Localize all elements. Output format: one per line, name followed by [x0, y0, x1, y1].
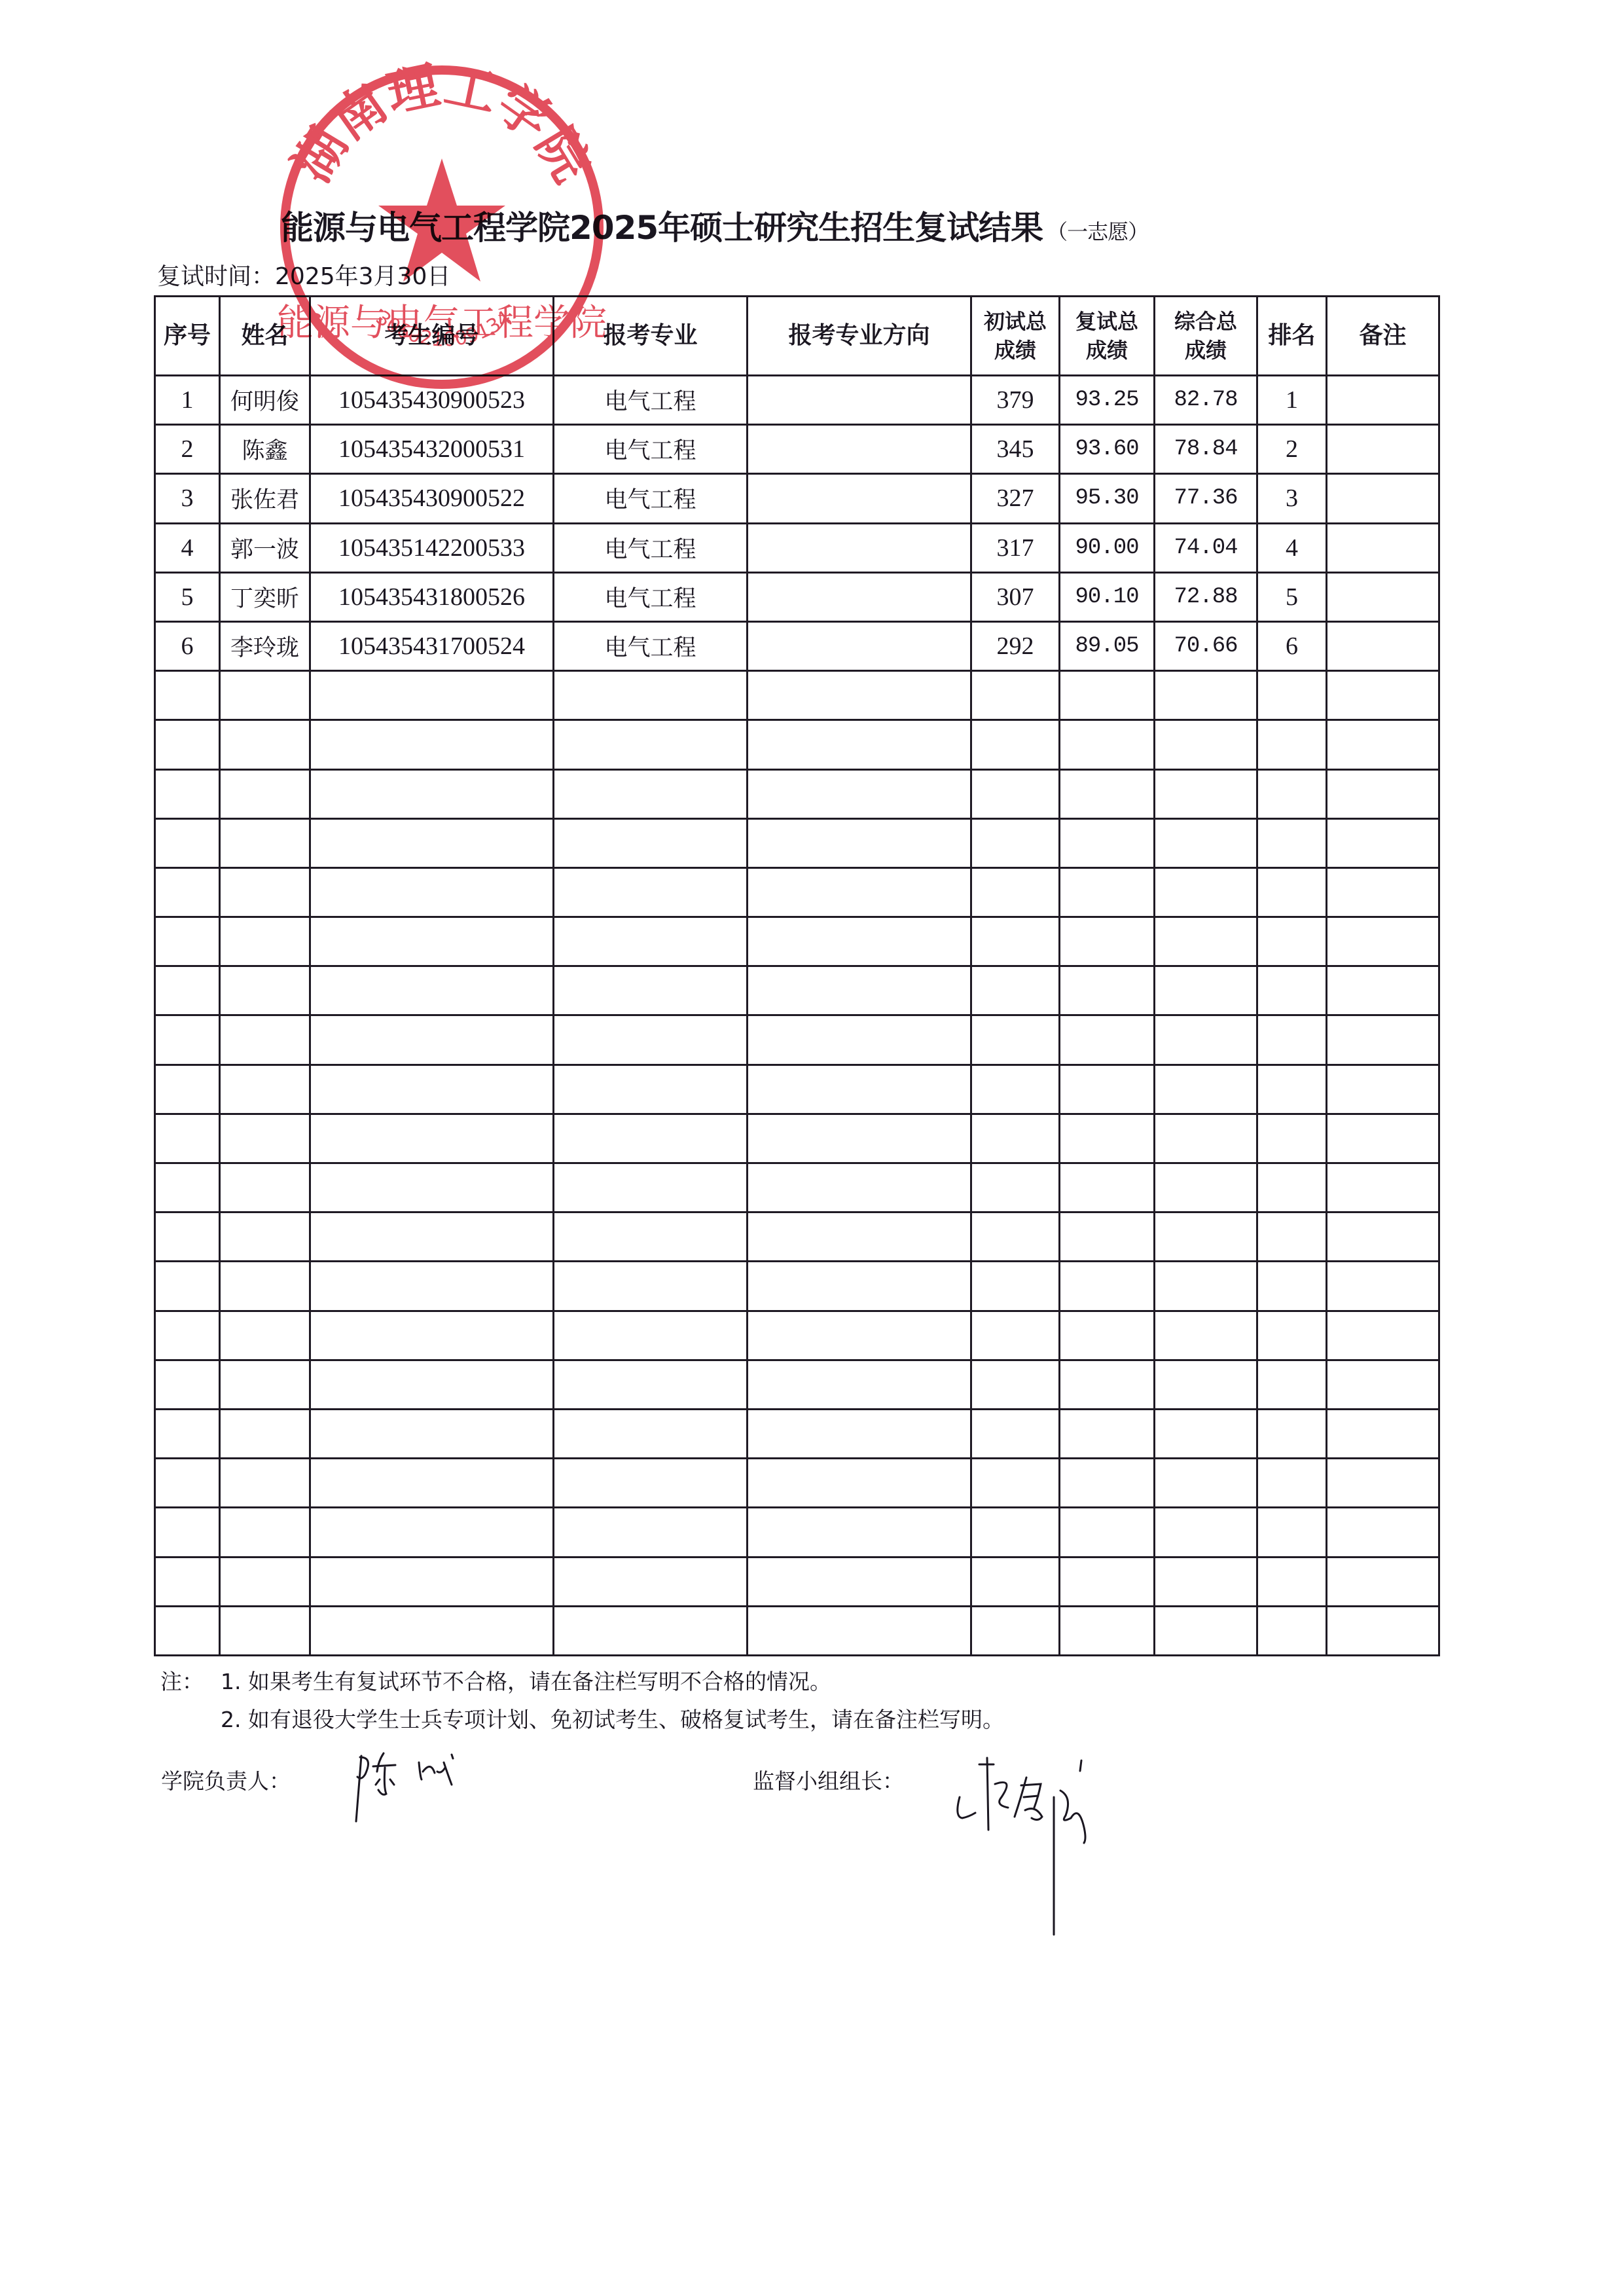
header-major: 报考专业: [554, 297, 748, 376]
empty-cell: [155, 966, 220, 1015]
empty-cell: [748, 769, 971, 818]
empty-cell: [220, 1459, 310, 1508]
empty-cell: [155, 1212, 220, 1262]
empty-cell: [220, 720, 310, 769]
empty-cell: [1060, 1409, 1155, 1458]
table-row-empty: [155, 769, 1439, 818]
empty-cell: [971, 1163, 1060, 1212]
empty-cell: [748, 1459, 971, 1508]
empty-cell: [1060, 867, 1155, 917]
cell-name: 丁奕昕: [220, 572, 310, 621]
empty-cell: [1060, 917, 1155, 966]
empty-cell: [1060, 1015, 1155, 1065]
cell-total-score: 78.84: [1155, 425, 1257, 474]
empty-cell: [971, 867, 1060, 917]
empty-cell: [310, 917, 554, 966]
empty-cell: [554, 1163, 748, 1212]
cell-retest-score: 90.00: [1060, 523, 1155, 572]
empty-cell: [554, 1606, 748, 1655]
empty-cell: [155, 1459, 220, 1508]
empty-cell: [1257, 867, 1327, 917]
table-row-empty: [155, 818, 1439, 867]
empty-cell: [1257, 1212, 1327, 1262]
header-direction: 报考专业方向: [748, 297, 971, 376]
empty-cell: [1060, 1606, 1155, 1655]
empty-cell: [1155, 1065, 1257, 1114]
empty-cell: [748, 720, 971, 769]
table-row-empty: [155, 1557, 1439, 1606]
cell-no: 1: [155, 376, 220, 425]
empty-cell: [155, 1311, 220, 1360]
cell-direction: [748, 376, 971, 425]
empty-cell: [748, 1015, 971, 1065]
empty-cell: [748, 1360, 971, 1409]
cell-direction: [748, 572, 971, 621]
empty-cell: [310, 1459, 554, 1508]
empty-cell: [971, 1606, 1060, 1655]
empty-cell: [554, 1065, 748, 1114]
seal-arc-text: 湖南理工学院: [282, 60, 602, 192]
empty-cell: [748, 1065, 971, 1114]
header-rank: 排名: [1257, 297, 1327, 376]
empty-cell: [1155, 769, 1257, 818]
notes: 注：1. 如果考生有复试环节不合格，请在备注栏写明不合格的情况。 2. 如有退役…: [160, 1663, 1004, 1739]
cell-exam-id: 105435142200533: [310, 523, 554, 572]
empty-cell: [155, 1065, 220, 1114]
empty-cell: [1257, 1065, 1327, 1114]
header-name: 姓名: [220, 297, 310, 376]
empty-cell: [748, 1212, 971, 1262]
empty-cell: [310, 818, 554, 867]
empty-cell: [1327, 1360, 1439, 1409]
empty-cell: [971, 1015, 1060, 1065]
header-remark: 备注: [1327, 297, 1439, 376]
empty-cell: [1327, 1311, 1439, 1360]
table-row: 2陈鑫105435432000531电气工程34593.6078.842: [155, 425, 1439, 474]
cell-exam-id: 105435431800526: [310, 572, 554, 621]
empty-cell: [554, 966, 748, 1015]
empty-cell: [220, 1409, 310, 1458]
empty-cell: [310, 1262, 554, 1311]
cell-no: 6: [155, 621, 220, 670]
cell-direction: [748, 474, 971, 523]
empty-cell: [971, 769, 1060, 818]
empty-cell: [554, 818, 748, 867]
empty-cell: [1257, 966, 1327, 1015]
empty-cell: [1257, 917, 1327, 966]
empty-cell: [1155, 917, 1257, 966]
empty-cell: [220, 769, 310, 818]
empty-cell: [554, 1459, 748, 1508]
empty-cell: [310, 1163, 554, 1212]
empty-cell: [1327, 1114, 1439, 1163]
cell-name: 何明俊: [220, 376, 310, 425]
empty-cell: [155, 769, 220, 818]
cell-no: 2: [155, 425, 220, 474]
empty-cell: [971, 917, 1060, 966]
table-row-empty: [155, 917, 1439, 966]
cell-no: 3: [155, 474, 220, 523]
title-suffix: （一志愿）: [1047, 219, 1148, 244]
empty-cell: [971, 1557, 1060, 1606]
table-row-empty: [155, 720, 1439, 769]
empty-cell: [220, 1557, 310, 1606]
empty-cell: [1327, 917, 1439, 966]
empty-cell: [220, 1606, 310, 1655]
table-row-empty: [155, 1311, 1439, 1360]
cell-direction: [748, 523, 971, 572]
empty-cell: [1327, 1262, 1439, 1311]
empty-cell: [554, 1557, 748, 1606]
empty-cell: [1327, 1065, 1439, 1114]
empty-cell: [310, 1311, 554, 1360]
empty-cell: [310, 1409, 554, 1458]
empty-cell: [220, 867, 310, 917]
empty-cell: [220, 1212, 310, 1262]
empty-cell: [1327, 720, 1439, 769]
date-label: 复试时间：: [157, 263, 275, 290]
empty-cell: [1155, 720, 1257, 769]
empty-cell: [220, 1065, 310, 1114]
header-exam-id: 考生编号: [310, 297, 554, 376]
empty-cell: [971, 1360, 1060, 1409]
empty-cell: [310, 1508, 554, 1557]
cell-name: 李玲珑: [220, 621, 310, 670]
document-title: 能源与电气工程学院2025年硕士研究生招生复试结果（一志愿）: [281, 208, 1148, 251]
header-no: 序号: [155, 297, 220, 376]
empty-cell: [971, 1459, 1060, 1508]
empty-cell: [1060, 1508, 1155, 1557]
empty-cell: [971, 671, 1060, 720]
empty-cell: [1155, 966, 1257, 1015]
empty-cell: [220, 966, 310, 1015]
table-row: 1何明俊105435430900523电气工程37993.2582.781: [155, 376, 1439, 425]
cell-retest-score: 90.10: [1060, 572, 1155, 621]
cell-major: 电气工程: [554, 376, 748, 425]
empty-cell: [554, 1212, 748, 1262]
empty-cell: [971, 1262, 1060, 1311]
cell-direction: [748, 621, 971, 670]
empty-cell: [220, 917, 310, 966]
empty-cell: [310, 1360, 554, 1409]
table-row-empty: [155, 1065, 1439, 1114]
empty-cell: [554, 1409, 748, 1458]
empty-cell: [971, 1065, 1060, 1114]
cell-no: 5: [155, 572, 220, 621]
empty-cell: [1327, 1459, 1439, 1508]
empty-cell: [1327, 1015, 1439, 1065]
empty-cell: [1060, 720, 1155, 769]
cell-exam-id: 105435430900522: [310, 474, 554, 523]
empty-cell: [1327, 1557, 1439, 1606]
empty-cell: [971, 818, 1060, 867]
empty-cell: [971, 966, 1060, 1015]
empty-cell: [1327, 867, 1439, 917]
empty-cell: [554, 917, 748, 966]
header-retest-score: 复试总成绩: [1060, 297, 1155, 376]
table-row-empty: [155, 1114, 1439, 1163]
empty-cell: [1060, 1065, 1155, 1114]
cell-exam-id: 105435432000531: [310, 425, 554, 474]
cell-remark: [1327, 425, 1439, 474]
empty-cell: [971, 1508, 1060, 1557]
empty-cell: [220, 818, 310, 867]
empty-cell: [748, 1114, 971, 1163]
empty-cell: [1327, 769, 1439, 818]
empty-cell: [971, 1114, 1060, 1163]
table-row-empty: [155, 1459, 1439, 1508]
empty-cell: [220, 1114, 310, 1163]
note-item: 1. 如果考生有复试环节不合格，请在备注栏写明不合格的情况。: [221, 1663, 831, 1701]
empty-cell: [155, 1606, 220, 1655]
table-row-empty: [155, 966, 1439, 1015]
empty-cell: [971, 1212, 1060, 1262]
cell-remark: [1327, 474, 1439, 523]
empty-cell: [1060, 1262, 1155, 1311]
empty-cell: [971, 1409, 1060, 1458]
empty-cell: [1060, 1557, 1155, 1606]
empty-cell: [1155, 1409, 1257, 1458]
empty-cell: [748, 1311, 971, 1360]
cell-initial-score: 292: [971, 621, 1060, 670]
empty-cell: [1060, 1311, 1155, 1360]
empty-cell: [1257, 1557, 1327, 1606]
cell-direction: [748, 425, 971, 474]
empty-cell: [748, 917, 971, 966]
dean-signature-label: 学院负责人：: [161, 1764, 291, 1795]
cell-rank: 2: [1257, 425, 1327, 474]
empty-cell: [971, 720, 1060, 769]
empty-cell: [1060, 1114, 1155, 1163]
cell-major: 电气工程: [554, 425, 748, 474]
empty-cell: [310, 867, 554, 917]
empty-cell: [1257, 818, 1327, 867]
empty-cell: [554, 1015, 748, 1065]
cell-total-score: 74.04: [1155, 523, 1257, 572]
empty-cell: [1155, 1114, 1257, 1163]
note-item: 2. 如有退役大学生士兵专项计划、免初试考生、破格复试考生，请在备注栏写明。: [221, 1701, 1004, 1739]
empty-cell: [310, 1557, 554, 1606]
empty-cell: [310, 671, 554, 720]
empty-cell: [310, 720, 554, 769]
table-row: 3张佐君105435430900522电气工程32795.3077.363: [155, 474, 1439, 523]
empty-cell: [1327, 1163, 1439, 1212]
empty-cell: [1327, 1508, 1439, 1557]
empty-cell: [1060, 1459, 1155, 1508]
empty-cell: [310, 1015, 554, 1065]
empty-cell: [1327, 1606, 1439, 1655]
empty-cell: [155, 1508, 220, 1557]
table-row-empty: [155, 867, 1439, 917]
cell-name: 陈鑫: [220, 425, 310, 474]
empty-cell: [1257, 1360, 1327, 1409]
table-row: 4郭一波105435142200533电气工程31790.0074.044: [155, 523, 1439, 572]
empty-cell: [1155, 1360, 1257, 1409]
empty-cell: [1155, 1163, 1257, 1212]
cell-name: 郭一波: [220, 523, 310, 572]
empty-cell: [1257, 671, 1327, 720]
dean-signature: [347, 1748, 497, 1827]
empty-cell: [748, 1409, 971, 1458]
supervisor-signature-label: 监督小组组长：: [753, 1764, 904, 1795]
empty-cell: [220, 671, 310, 720]
cell-remark: [1327, 523, 1439, 572]
empty-cell: [1060, 818, 1155, 867]
cell-retest-score: 93.60: [1060, 425, 1155, 474]
empty-cell: [748, 1557, 971, 1606]
cell-exam-id: 105435431700524: [310, 621, 554, 670]
cell-total-score: 70.66: [1155, 621, 1257, 670]
cell-major: 电气工程: [554, 572, 748, 621]
cell-remark: [1327, 572, 1439, 621]
empty-cell: [1155, 1262, 1257, 1311]
empty-cell: [310, 1114, 554, 1163]
cell-major: 电气工程: [554, 474, 748, 523]
empty-cell: [155, 917, 220, 966]
cell-total-score: 77.36: [1155, 474, 1257, 523]
empty-cell: [155, 671, 220, 720]
empty-cell: [1155, 1015, 1257, 1065]
empty-cell: [1060, 1212, 1155, 1262]
empty-cell: [220, 1015, 310, 1065]
cell-rank: 4: [1257, 523, 1327, 572]
cell-initial-score: 327: [971, 474, 1060, 523]
empty-cell: [1257, 1409, 1327, 1458]
empty-cell: [1257, 1015, 1327, 1065]
empty-cell: [1257, 1606, 1327, 1655]
empty-cell: [1060, 1163, 1155, 1212]
date-value: 2025年3月30日: [275, 263, 450, 290]
table-row-empty: [155, 1015, 1439, 1065]
empty-cell: [554, 867, 748, 917]
cell-remark: [1327, 376, 1439, 425]
empty-cell: [220, 1163, 310, 1212]
cell-initial-score: 307: [971, 572, 1060, 621]
results-table: 序号 姓名 考生编号 报考专业 报考专业方向 初试总成绩 复试总成绩 综合总成绩…: [154, 295, 1440, 1656]
empty-cell: [748, 818, 971, 867]
empty-cell: [1155, 1557, 1257, 1606]
empty-cell: [1155, 867, 1257, 917]
empty-cell: [1257, 1262, 1327, 1311]
empty-cell: [1060, 769, 1155, 818]
empty-cell: [1257, 1114, 1327, 1163]
table-row: 5丁奕昕105435431800526电气工程30790.1072.885: [155, 572, 1439, 621]
empty-cell: [1327, 671, 1439, 720]
cell-rank: 5: [1257, 572, 1327, 621]
empty-cell: [310, 966, 554, 1015]
empty-cell: [1257, 720, 1327, 769]
empty-cell: [310, 1065, 554, 1114]
empty-cell: [748, 1262, 971, 1311]
empty-cell: [1327, 1409, 1439, 1458]
empty-cell: [1327, 966, 1439, 1015]
header-total-score: 综合总成绩: [1155, 297, 1257, 376]
empty-cell: [971, 1311, 1060, 1360]
cell-major: 电气工程: [554, 621, 748, 670]
title-main: 能源与电气工程学院2025年硕士研究生招生复试结果: [281, 209, 1043, 247]
empty-cell: [1060, 1360, 1155, 1409]
supervisor-signature: [956, 1745, 1191, 1941]
empty-cell: [1060, 671, 1155, 720]
cell-total-score: 82.78: [1155, 376, 1257, 425]
table-row-empty: [155, 1508, 1439, 1557]
cell-name: 张佐君: [220, 474, 310, 523]
empty-cell: [1155, 1311, 1257, 1360]
table-row-empty: [155, 1360, 1439, 1409]
empty-cell: [1257, 769, 1327, 818]
empty-cell: [310, 1606, 554, 1655]
header-initial-score: 初试总成绩: [971, 297, 1060, 376]
table-row-empty: [155, 1262, 1439, 1311]
empty-cell: [1257, 1163, 1327, 1212]
empty-cell: [554, 1508, 748, 1557]
empty-cell: [554, 671, 748, 720]
cell-rank: 1: [1257, 376, 1327, 425]
cell-retest-score: 93.25: [1060, 376, 1155, 425]
cell-rank: 3: [1257, 474, 1327, 523]
empty-cell: [748, 1508, 971, 1557]
table-row-empty: [155, 1606, 1439, 1655]
empty-cell: [1155, 1508, 1257, 1557]
empty-cell: [1257, 1311, 1327, 1360]
empty-cell: [155, 720, 220, 769]
cell-remark: [1327, 621, 1439, 670]
empty-cell: [155, 1114, 220, 1163]
empty-cell: [220, 1262, 310, 1311]
empty-cell: [748, 1606, 971, 1655]
table-row: 6李玲珑105435431700524电气工程29289.0570.666: [155, 621, 1439, 670]
empty-cell: [155, 1557, 220, 1606]
table-row-empty: [155, 671, 1439, 720]
cell-initial-score: 345: [971, 425, 1060, 474]
empty-cell: [1327, 1212, 1439, 1262]
empty-cell: [554, 1360, 748, 1409]
empty-cell: [554, 1311, 748, 1360]
cell-no: 4: [155, 523, 220, 572]
empty-cell: [1257, 1508, 1327, 1557]
empty-cell: [748, 671, 971, 720]
svg-text:湖南理工学院: 湖南理工学院: [282, 60, 602, 192]
empty-cell: [220, 1311, 310, 1360]
empty-cell: [554, 720, 748, 769]
cell-rank: 6: [1257, 621, 1327, 670]
empty-cell: [220, 1360, 310, 1409]
empty-cell: [748, 966, 971, 1015]
empty-cell: [554, 1262, 748, 1311]
empty-cell: [310, 1212, 554, 1262]
cell-exam-id: 105435430900523: [310, 376, 554, 425]
table-row-empty: [155, 1163, 1439, 1212]
empty-cell: [1155, 818, 1257, 867]
empty-cell: [554, 769, 748, 818]
empty-cell: [1155, 671, 1257, 720]
empty-cell: [155, 1262, 220, 1311]
empty-cell: [155, 1360, 220, 1409]
table-row-empty: [155, 1409, 1439, 1458]
empty-cell: [748, 1163, 971, 1212]
empty-cell: [1257, 1459, 1327, 1508]
empty-cell: [155, 818, 220, 867]
empty-cell: [155, 1409, 220, 1458]
empty-cell: [1060, 966, 1155, 1015]
cell-retest-score: 89.05: [1060, 621, 1155, 670]
empty-cell: [1155, 1459, 1257, 1508]
cell-initial-score: 379: [971, 376, 1060, 425]
empty-cell: [155, 1163, 220, 1212]
empty-cell: [1155, 1606, 1257, 1655]
empty-cell: [220, 1508, 310, 1557]
empty-cell: [310, 769, 554, 818]
